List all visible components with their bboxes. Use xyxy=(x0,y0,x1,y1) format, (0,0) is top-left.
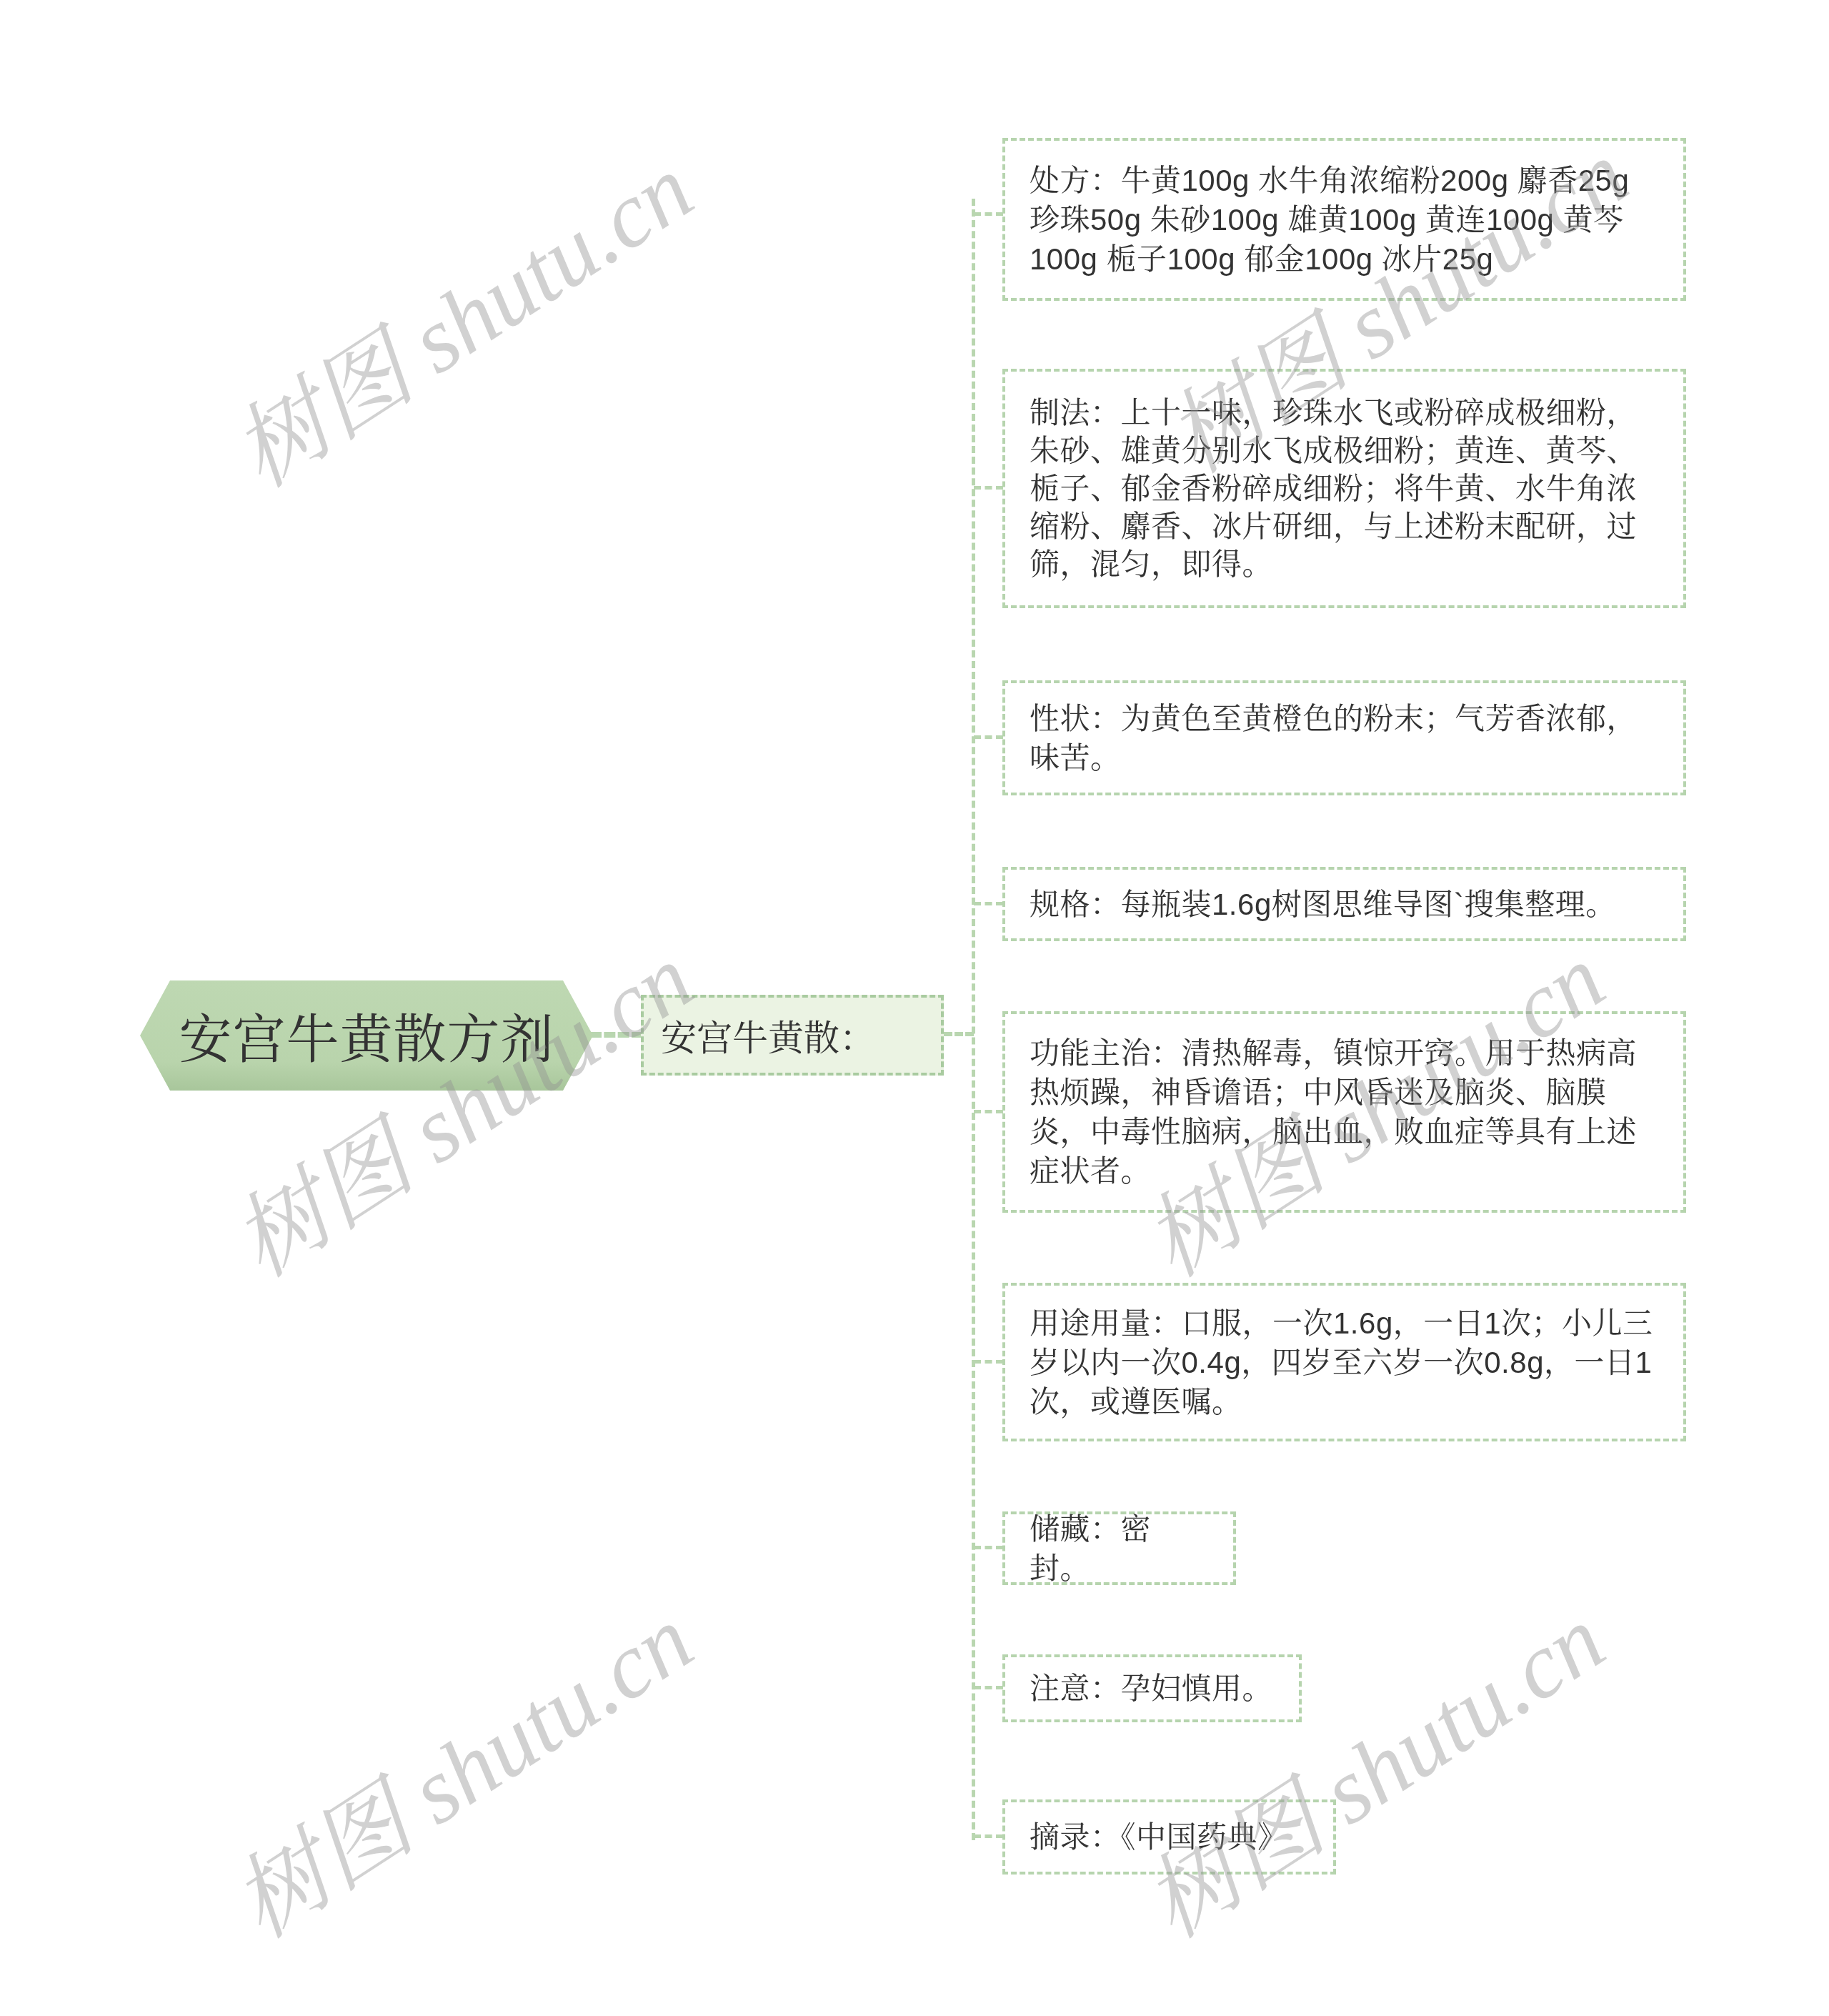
root-topic-label: 安宫牛黄散方剂 xyxy=(179,998,554,1073)
branch-text-specification: 规格：每瓶装1.6g树图思维导图`搜集整理。 xyxy=(1030,885,1616,924)
connector-stub-properties xyxy=(974,735,1003,739)
branch-box-indications: 功能主治：清热解毒，镇惊开窍。用于热病高热烦躁，神昏谵语；中风昏迷及脑炎、脑膜炎… xyxy=(1002,1011,1686,1213)
watermark-middle-left: 树图 shutu.cn xyxy=(204,906,714,1302)
branch-box-source: 摘录：《中国药典》 xyxy=(1002,1799,1336,1875)
connector-stub-prescription xyxy=(974,212,1003,216)
branch-text-preparation: 制法：上十一味，珍珠水飞或粉碎成极细粉，朱砂、雄黄分别水飞成极细粉；黄连、黄芩、… xyxy=(1030,394,1659,583)
watermark-top-left: 树图 shutu.cn xyxy=(204,116,714,512)
branch-box-prescription: 处方：牛黄100g 水牛角浓缩粉200g 麝香25g 珍珠50g 朱砂100g … xyxy=(1002,138,1686,301)
connector-stub-dosage xyxy=(974,1360,1003,1364)
branch-text-properties: 性状：为黄色至黄橙色的粉末；气芳香浓郁，味苦。 xyxy=(1030,699,1659,778)
connector-stub-specification xyxy=(974,902,1003,905)
connector-stub-preparation xyxy=(974,486,1003,490)
connector-root-to-sub xyxy=(590,1032,643,1038)
connector-stub-storage xyxy=(974,1546,1003,1549)
mindmap-canvas: 安宫牛黄散方剂 安宫牛黄散： 处方：牛黄100g 水牛角浓缩粉200g 麝香25… xyxy=(0,0,1829,2016)
watermark-bottom-right: 树图 shutu.cn xyxy=(1115,1567,1625,1963)
connector-stub-indications xyxy=(974,1110,1003,1113)
connector-stub-caution xyxy=(974,1686,1003,1689)
branch-box-caution: 注意：孕妇慎用。 xyxy=(1002,1654,1302,1722)
sub-topic-label: 安宫牛黄散： xyxy=(661,1010,875,1061)
branch-box-specification: 规格：每瓶装1.6g树图思维导图`搜集整理。 xyxy=(1002,867,1686,941)
branch-text-prescription: 处方：牛黄100g 水牛角浓缩粉200g 麝香25g 珍珠50g 朱砂100g … xyxy=(1030,161,1659,279)
branch-text-caution: 注意：孕妇慎用。 xyxy=(1030,1669,1272,1708)
root-topic-node: 安宫牛黄散方剂 xyxy=(140,980,593,1091)
branch-text-dosage: 用途用量：口服，一次1.6g，一日1次；小儿三岁以内一次0.4g，四岁至六岁一次… xyxy=(1030,1304,1659,1421)
watermark-bottom-left: 树图 shutu.cn xyxy=(204,1567,714,1963)
branch-text-source: 摘录：《中国药典》 xyxy=(1030,1817,1288,1857)
branch-text-indications: 功能主治：清热解毒，镇惊开窍。用于热病高热烦躁，神昏谵语；中风昏迷及脑炎、脑膜炎… xyxy=(1030,1033,1659,1191)
connector-stub-source xyxy=(974,1834,1003,1838)
connector-sub-to-trunk xyxy=(944,1032,974,1036)
branch-box-storage: 储藏：密封。 xyxy=(1002,1511,1236,1585)
branch-box-properties: 性状：为黄色至黄橙色的粉末；气芳香浓郁，味苦。 xyxy=(1002,680,1686,795)
branch-text-storage: 储藏：密封。 xyxy=(1030,1509,1209,1588)
branch-box-preparation: 制法：上十一味，珍珠水飞或粉碎成极细粉，朱砂、雄黄分别水飞成极细粉；黄连、黄芩、… xyxy=(1002,369,1686,608)
branch-trunk-line xyxy=(972,199,975,1840)
branch-box-dosage: 用途用量：口服，一次1.6g，一日1次；小儿三岁以内一次0.4g，四岁至六岁一次… xyxy=(1002,1283,1686,1441)
sub-topic-node: 安宫牛黄散： xyxy=(641,995,944,1076)
